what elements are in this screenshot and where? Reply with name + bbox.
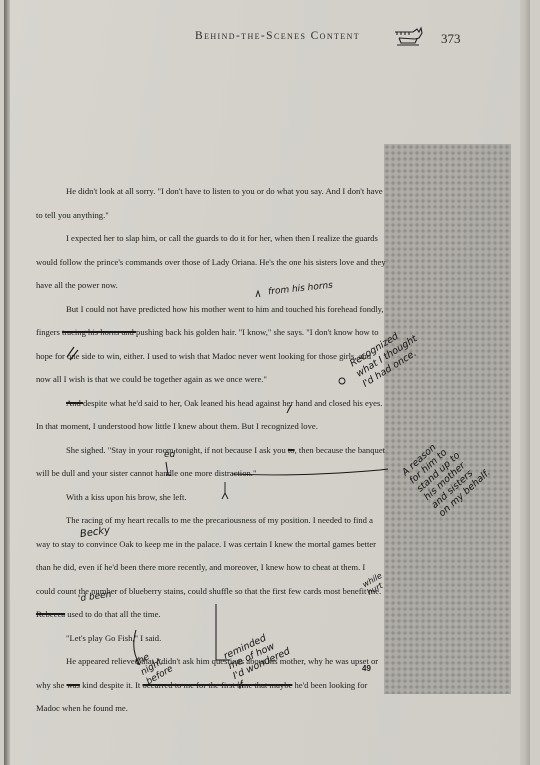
folio-page-number: 373 [441, 31, 461, 47]
spine-shadow [4, 0, 10, 765]
paragraph: But I could not have predicted how his m… [36, 298, 386, 392]
struck-text: occurred to me for the first time that m… [142, 680, 292, 690]
running-head: Behind-the-Scenes Content [195, 30, 360, 42]
halftone-background-panel [384, 144, 511, 694]
struck-text: Rebecca [36, 609, 65, 619]
struck-text: And [66, 398, 83, 408]
struck-text: was [67, 680, 80, 690]
paragraph: The racing of my heart recalls to me the… [36, 509, 386, 627]
struck-text: to [288, 445, 295, 455]
paragraph: With a kiss upon his brow, she left. [36, 486, 386, 510]
paragraph: He didn't look at all sorry. "I don't ha… [36, 180, 386, 227]
paragraph: And despite what he'd said to her, Oak l… [36, 392, 386, 439]
annotation-ed: ed [164, 449, 175, 461]
paragraph: He appeared relieved that I didn't ask h… [36, 650, 386, 721]
manuscript-text: He didn't look at all sorry. "I don't ha… [36, 180, 386, 721]
manuscript-page-number: 49 [362, 664, 371, 673]
cat-creature-icon [393, 26, 427, 48]
paragraph: She sighed. "Stay in your room tonight, … [36, 439, 386, 486]
paragraph: "Let's play Go Fish," I said. [36, 627, 386, 651]
struck-text: tracing his horns and [62, 327, 136, 337]
paragraph: I expected her to slap him, or call the … [36, 227, 386, 298]
page-edge [520, 0, 530, 765]
